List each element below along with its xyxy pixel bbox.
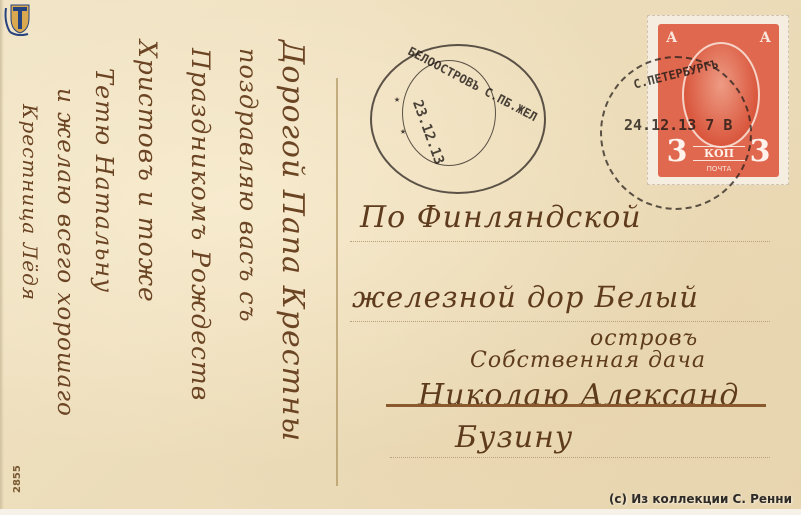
- postmark-beloostrov: БЕЛООСТРОВЪ С.ПБ.ЖЕЛ 23.12.13 ★ ★: [370, 44, 546, 194]
- postcard-back: Дорогой Папа Крестны поздравляю васъ съ …: [0, 0, 801, 515]
- postmark-text: С.ПЕТЕРБУРГЪ: [632, 57, 720, 92]
- copyright-watermark: (c) Из коллекции С. Ренни: [609, 492, 792, 506]
- address-rule: [350, 241, 770, 242]
- message-line: Дорогой Папа Крестны: [275, 40, 310, 442]
- message-line: Праздникомъ Рождеств: [186, 48, 215, 401]
- serial-number: 2855: [12, 465, 23, 493]
- vertical-divider: [336, 78, 338, 486]
- address-rule: [350, 321, 770, 322]
- postmark-spb: С.ПЕТЕРБУРГЪ 24.12.13 7 В: [600, 56, 752, 210]
- address-line: железной дор Белый: [352, 280, 699, 314]
- card-edge: [0, 0, 4, 515]
- star-icon: ★: [400, 126, 406, 137]
- address-line: По Финляндской: [360, 200, 642, 235]
- site-logo[interactable]: [2, 2, 36, 36]
- address-line-struck: Николаю Александ: [418, 378, 739, 413]
- message-line: Крестница Лёдя: [18, 104, 42, 301]
- message-line: и желаю всего хорошаго: [52, 88, 78, 417]
- strikethrough-line: [386, 404, 766, 407]
- message-line: Христовъ и тоже: [133, 40, 162, 303]
- address-line: Собственная дача: [470, 348, 706, 373]
- message-line: поздравляю васъ съ: [234, 48, 262, 323]
- message-line: Тетю Натальну: [90, 68, 118, 293]
- address-rule: [390, 457, 770, 458]
- address-line: Бузину: [455, 420, 573, 455]
- card-edge: [0, 509, 801, 515]
- stamp-corner-letter: А: [760, 30, 771, 46]
- postmark-date: 24.12.13 7 В: [624, 116, 732, 134]
- stamp-corner-letter: А: [666, 30, 677, 46]
- shield-icon: [2, 2, 36, 36]
- star-icon: ★: [394, 94, 400, 105]
